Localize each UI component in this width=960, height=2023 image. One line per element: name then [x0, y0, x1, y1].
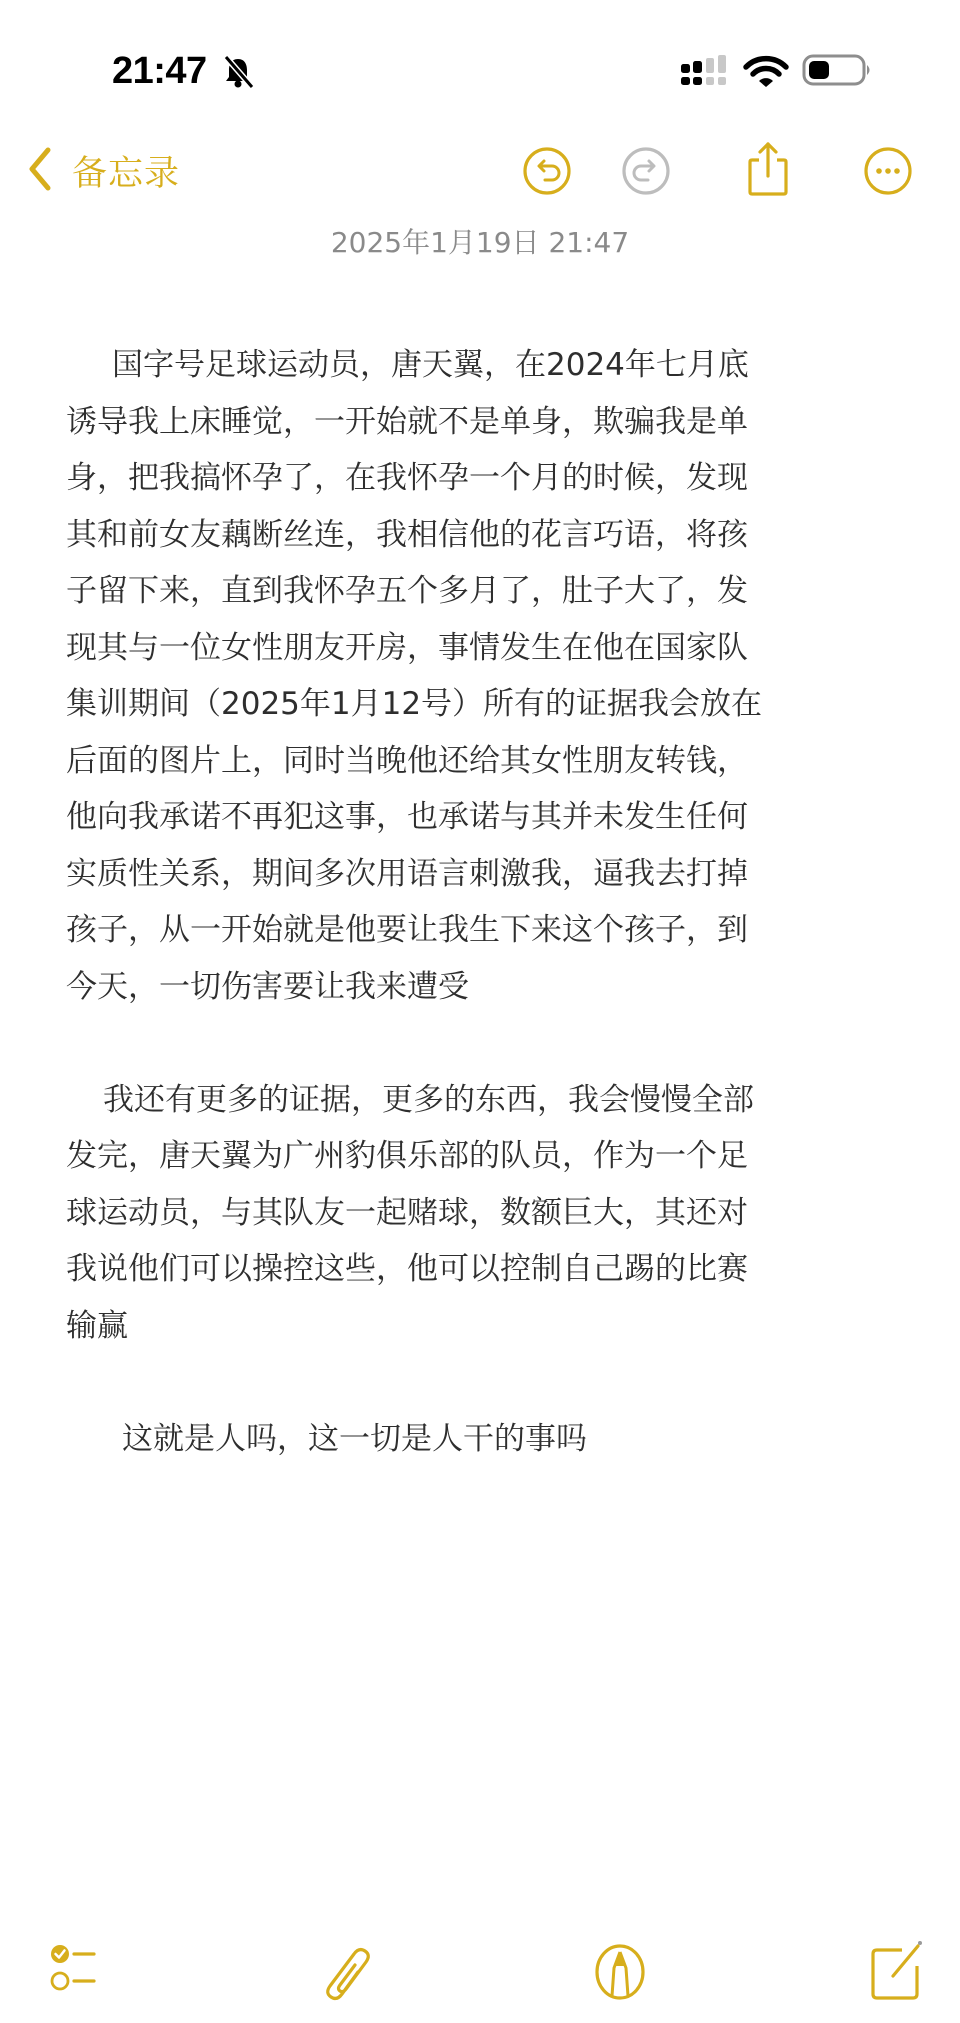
- paragraph-2: 我还有更多的证据，更多的东西，我会慢慢全部 发完，唐天翼为广州豹俱乐部的队员，作…: [66, 1072, 896, 1355]
- undo-icon: [521, 182, 573, 201]
- checklist-button[interactable]: [48, 1938, 104, 2010]
- bell-slash-icon: [220, 55, 256, 89]
- text-line: 这就是人吗，这一切是人干的事吗: [66, 1411, 896, 1468]
- redo-button[interactable]: [620, 145, 672, 197]
- attachment-button[interactable]: [320, 1938, 376, 2010]
- text-line: 其和前女友藕断丝连，我相信他的花言巧语，将孩: [66, 507, 896, 564]
- text-line: 现其与一位女性朋友开房，事情发生在他在国家队: [66, 620, 896, 677]
- text-line: 孩子，从一开始就是他要让我生下来这个孩子，到: [66, 902, 896, 959]
- text-line: 子留下来，直到我怀孕五个多月了，肚子大了，发: [66, 563, 896, 620]
- paperclip-icon: [320, 1995, 376, 2014]
- more-icon: [862, 182, 914, 201]
- text-line: 实质性关系，期间多次用语言刺激我，逼我去打掉: [66, 846, 896, 903]
- markup-icon: [592, 1995, 648, 2014]
- blank-line: [66, 1354, 896, 1411]
- chevron-left-icon: [24, 146, 58, 196]
- share-icon: [742, 183, 794, 202]
- redo-icon: [620, 182, 672, 201]
- checklist-icon: [48, 1995, 104, 2014]
- battery-icon: [802, 54, 874, 86]
- paragraph-3: 这就是人吗，这一切是人干的事吗: [66, 1411, 896, 1468]
- undo-button[interactable]: [521, 145, 573, 197]
- blank-line: [66, 1015, 896, 1072]
- back-button[interactable]: 备忘录: [24, 146, 180, 196]
- text-line: 我说他们可以操控这些，他可以控制自己踢的比赛: [66, 1241, 896, 1298]
- note-body[interactable]: 国字号足球运动员，唐天翼，在2024年七月底 诱导我上床睡觉，一开始就不是单身，…: [66, 337, 896, 1467]
- text-line: 我还有更多的证据，更多的东西，我会慢慢全部: [66, 1072, 896, 1129]
- markup-button[interactable]: [592, 1938, 648, 2010]
- cellular-signal-icon: [680, 55, 730, 87]
- text-line: 球运动员，与其队友一起赌球，数额巨大，其还对: [66, 1185, 896, 1242]
- more-button[interactable]: [862, 145, 914, 197]
- note-date: 2025年1月19日 21:47: [0, 221, 960, 261]
- compose-button[interactable]: [868, 1938, 924, 2010]
- wifi-icon: [743, 55, 789, 88]
- back-button-label: 备忘录: [72, 146, 180, 196]
- text-line: 身，把我搞怀孕了，在我怀孕一个月的时候，发现: [66, 450, 896, 507]
- status-time: 21:47: [112, 50, 207, 93]
- compose-icon: [868, 1995, 924, 2014]
- text-line: 今天，一切伤害要让我来遭受: [66, 959, 896, 1016]
- text-line: 国字号足球运动员，唐天翼，在2024年七月底: [66, 337, 896, 394]
- share-button[interactable]: [742, 140, 794, 198]
- text-line: 集训期间（2025年1月12号）所有的证据我会放在: [66, 676, 896, 733]
- text-line: 诱导我上床睡觉，一开始就不是单身，欺骗我是单: [66, 394, 896, 451]
- text-line: 发完，唐天翼为广州豹俱乐部的队员，作为一个足: [66, 1128, 896, 1185]
- text-line: 输赢: [66, 1298, 896, 1355]
- text-line: 他向我承诺不再犯这事，也承诺与其并未发生任何: [66, 789, 896, 846]
- text-line: 后面的图片上，同时当晚他还给其女性朋友转钱，: [66, 733, 896, 790]
- paragraph-1: 国字号足球运动员，唐天翼，在2024年七月底 诱导我上床睡觉，一开始就不是单身，…: [66, 337, 896, 1015]
